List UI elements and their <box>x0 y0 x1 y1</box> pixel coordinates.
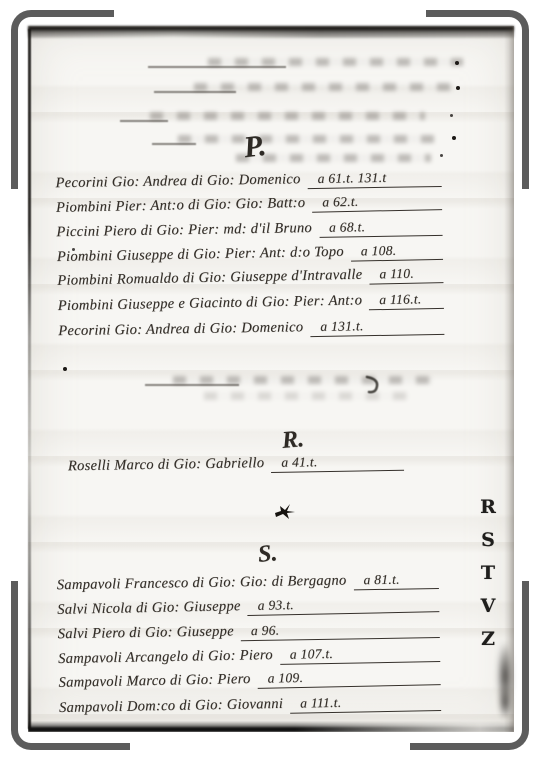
ink-speck <box>63 367 67 371</box>
bleedthrough-line <box>152 135 434 145</box>
margin-tab-letter: S <box>481 531 495 550</box>
entry-name: Pecorini Gio: Andrea di Gio: Domenico <box>58 319 303 340</box>
ink-blot <box>273 503 297 520</box>
entry-page-ref: a 108. <box>351 242 443 262</box>
ink-speck <box>455 61 459 65</box>
ink-speck <box>452 136 456 140</box>
entry-name: Salvi Nicola di Gio: Giuseppe <box>57 598 241 619</box>
entry-page-ref: a 62.t. <box>312 192 442 213</box>
entry-name: Sampavoli Francesco di Gio: Gio: di Berg… <box>57 573 347 595</box>
entry-name: Sampavoli Dom:co di Gio: Giovanni <box>59 696 283 717</box>
margin-tab-letter: V <box>481 597 496 616</box>
margin-tab-letter: R <box>480 498 496 517</box>
section-header-r: R. <box>281 426 305 455</box>
index-entry: Roselli Marco di Gio: Gabriello a 41.t. <box>68 453 404 483</box>
section-header-s: S. <box>257 540 279 569</box>
bleedthrough-line <box>120 112 425 122</box>
entry-page-ref: a 61.t. 131.t <box>307 169 441 189</box>
bleedthrough-line <box>145 376 433 386</box>
page-edge-left <box>28 29 31 729</box>
entry-page-ref: a 111.t. <box>290 693 441 714</box>
scanned-manuscript-photo: P. Pecorini Gio: Andrea di Gio: Domenico… <box>0 0 540 760</box>
entry-name: Salvi Piero di Gio: Giuseppe <box>58 624 234 644</box>
entry-name: Roselli Marco di Gio: Gabriello <box>68 455 265 475</box>
entry-page-ref: a 109. <box>257 668 440 690</box>
entry-name: Pecorini Gio: Andrea di Gio: Domenico <box>55 171 300 192</box>
entry-page-ref: a 68.t. <box>319 218 443 238</box>
entry-name: Piccini Piero di Gio: Pier: md: d'il Bru… <box>56 220 312 241</box>
entry-page-ref: a 116.t. <box>369 291 444 310</box>
entry-page-ref: a 81.t. <box>353 571 439 590</box>
entry-name: Sampavoli Marco di Gio: Piero <box>58 671 250 692</box>
edge-smudge <box>499 686 511 720</box>
entry-page-ref: a 93.t. <box>248 594 440 616</box>
entry-page-ref: a 107.t. <box>280 644 441 665</box>
ink-speck <box>440 154 443 157</box>
bleedthrough-line <box>154 83 454 93</box>
margin-tab-letter: Z <box>481 630 495 649</box>
section-r-entries: Roselli Marco di Gio: Gabriello a 41.t. <box>68 452 404 483</box>
bleedthrough-line <box>148 58 463 68</box>
margin-index-tabs: R S T V Z <box>475 498 501 649</box>
margin-tab-letter: T <box>481 564 495 583</box>
entry-page-ref: a 96. <box>241 620 440 641</box>
entry-page-ref: a 41.t. <box>271 453 404 473</box>
entry-page-ref: a 110. <box>369 265 443 284</box>
manuscript-page: P. Pecorini Gio: Andrea di Gio: Domenico… <box>28 26 514 732</box>
section-header-p: P. <box>242 129 268 165</box>
section-p-entries: Pecorini Gio: Andrea di Gio: Domenico a … <box>55 168 444 347</box>
bleedthrough-hook <box>364 375 382 395</box>
entry-page-ref: a 131.t. <box>310 316 444 336</box>
ink-speck <box>450 114 453 117</box>
page-edge-top <box>28 26 514 38</box>
ink-speck <box>456 86 460 90</box>
page-edge-right <box>504 26 514 732</box>
section-s-entries: Sampavoli Francesco di Gio: Gio: di Berg… <box>57 570 442 725</box>
